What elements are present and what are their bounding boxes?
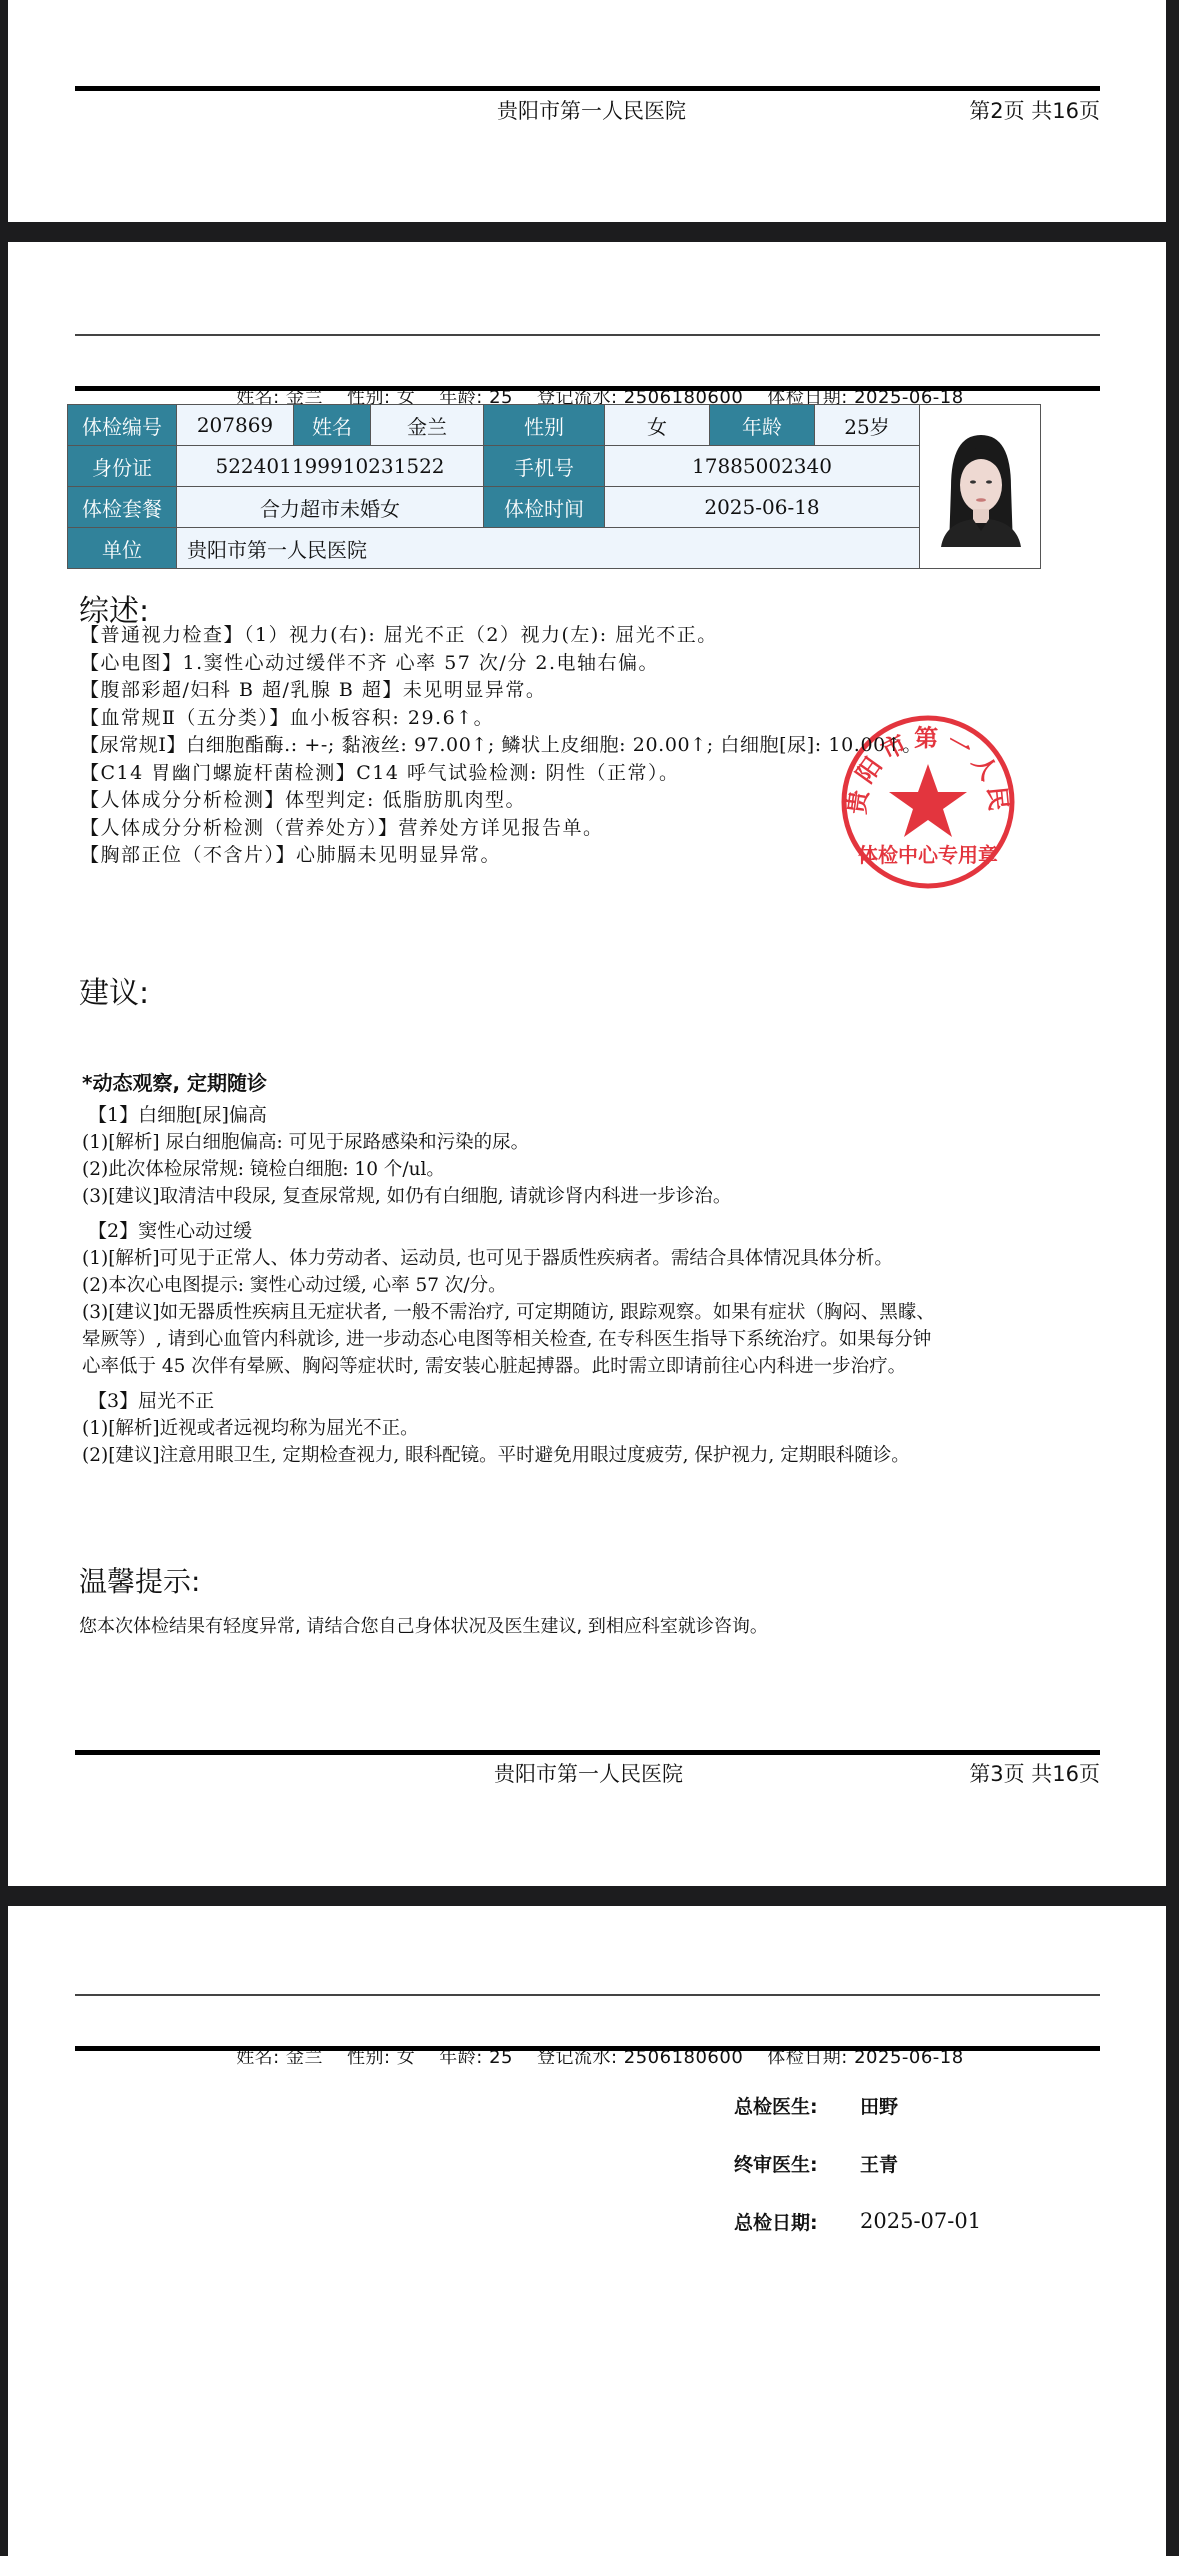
advice-item-line: (2)[建议]注意用眼卫生, 定期检查视力, 眼科配镜。平时避免用眼过度疲劳, … — [82, 1442, 1122, 1469]
footer-rule — [75, 1750, 1100, 1755]
review-doctor-value: 王青 — [860, 2150, 898, 2177]
advice-item-line: (2)此次体检尿常规: 镜检白细胞: 10 个/ul。 — [82, 1156, 1122, 1183]
footer-hospital-name: 贵阳市第一人民医院 — [494, 1758, 683, 1788]
exam-no-value: 207869 — [177, 405, 294, 446]
header-rule-bottom — [75, 386, 1100, 391]
page-2: 贵阳市第一人民医院 第2页 共16页 — [8, 0, 1166, 222]
unit-label: 单位 — [68, 528, 177, 569]
advice-item-title: 【3】屈光不正 — [82, 1388, 1122, 1415]
footer-page-number: 第3页 共16页 — [969, 1758, 1100, 1788]
chief-doctor-row: 总检医生: 田野 — [734, 2076, 981, 2134]
package-label: 体检套餐 — [68, 487, 177, 528]
review-doctor-row: 终审医生: 王青 — [734, 2134, 981, 2192]
exam-no-label: 体检编号 — [68, 405, 177, 446]
unit-value: 贵阳市第一人民医院 — [177, 528, 920, 569]
header-rule-top — [75, 334, 1100, 336]
portrait-icon — [921, 427, 1039, 547]
advice-title: 建议: — [79, 968, 149, 1012]
advice-item-line: (1)[解析] 尿白细胞偏高: 可见于尿路感染和污染的尿。 — [82, 1129, 1122, 1156]
advice-item-title: 【1】白细胞[尿]偏高 — [82, 1102, 1122, 1129]
gender-value: 女 — [605, 405, 710, 446]
header-rule-bottom — [75, 2046, 1100, 2051]
warm-tip-text: 您本次体检结果有轻度异常, 请结合您自己身体状况及医生建议, 到相应科室就诊咨询… — [79, 1612, 768, 1638]
patient-photo — [921, 427, 1039, 547]
advice-emphasis: *动态观察, 定期随诊 — [82, 1067, 1122, 1096]
summary-item: 【人体成分分析检测（营养处方）】营养处方详见报告单。 — [80, 815, 1140, 843]
advice-item-line: 晕厥等）, 请到心血管内科就诊, 进一步动态心电图等相关检查, 在专科医生指导下… — [82, 1326, 1122, 1353]
advice-item-title: 【2】窦性心动过缓 — [82, 1218, 1122, 1245]
gender-label: 性别 — [484, 405, 605, 446]
footer-rule — [75, 86, 1100, 91]
package-value: 合力超市未婚女 — [177, 487, 484, 528]
summary-item: 【心电图】1.窦性心动过缓伴不齐 心率 57 次/分 2.电轴右偏。 — [80, 650, 1140, 678]
exam-time-label: 体检时间 — [484, 487, 605, 528]
name-value: 金兰 — [371, 405, 484, 446]
advice-item-line: (3)[建议]取清洁中段尿, 复查尿常规, 如仍有白细胞, 请就诊肾内科进一步诊… — [82, 1183, 1122, 1210]
summary-item: 【人体成分分析检测】体型判定: 低脂肪肌肉型。 — [80, 787, 1140, 815]
name-label: 姓名 — [294, 405, 371, 446]
summary-list: 【普通视力检查】（1）视力(右): 屈光不正（2）视力(左): 屈光不正。 【心… — [80, 622, 1140, 870]
advice-item-line: (1)[解析]可见于正常人、体力劳动者、运动员, 也可见于器质性疾病者。需结合具… — [82, 1245, 1122, 1272]
signoff-block: 总检医生: 田野 终审医生: 王青 总检日期: 2025-07-01 — [734, 2076, 981, 2250]
footer-hospital-name: 贵阳市第一人民医院 — [497, 95, 686, 125]
footer-page-number: 第2页 共16页 — [969, 95, 1100, 125]
chief-doctor-label: 总检医生: — [734, 2092, 860, 2119]
age-label: 年龄 — [710, 405, 815, 446]
phone-value: 17885002340 — [605, 446, 920, 487]
id-label: 身份证 — [68, 446, 177, 487]
summary-item: 【腹部彩超/妇科 B 超/乳腺 B 超】未见明显异常。 — [80, 677, 1140, 705]
review-date-label: 总检日期: — [734, 2208, 860, 2235]
warm-tip-title: 温馨提示: — [79, 1560, 200, 1600]
header-rule-top — [75, 1994, 1100, 1996]
review-date-row: 总检日期: 2025-07-01 — [734, 2192, 981, 2250]
patient-info-table: 体检编号 207869 姓名 金兰 性别 女 年龄 25岁 — [67, 404, 1041, 569]
summary-item: 【胸部正位（不含片）】心肺膈未见明显异常。 — [80, 842, 1140, 870]
patient-photo-cell — [920, 405, 1041, 569]
advice-item-line: (3)[建议]如无器质性疾病且无症状者, 一般不需治疗, 可定期随访, 跟踪观察… — [82, 1299, 1122, 1326]
page-3: 姓名: 金兰性别: 女年龄: 25登记流水: 2506180600体检日期: 2… — [8, 242, 1166, 1886]
summary-item: 【尿常规Ⅰ】白细胞酯酶.: +-; 黏液丝: 97.00↑; 鳞状上皮细胞: 2… — [80, 732, 1140, 760]
summary-item: 【C14 胃幽门螺旋杆菌检测】C14 呼气试验检测: 阴性（正常）。 — [80, 760, 1140, 788]
advice-item-line: (1)[解析]近视或者远视均称为屈光不正。 — [82, 1415, 1122, 1442]
advice-item-line: 心率低于 45 次伴有晕厥、胸闷等症状时, 需安装心脏起搏器。此时需立即请前往心… — [82, 1353, 1122, 1380]
summary-item: 【血常规Ⅱ（五分类）】血小板容积: 29.6↑。 — [80, 705, 1140, 733]
id-value: 522401199910231522 — [177, 446, 484, 487]
age-value: 25岁 — [815, 405, 920, 446]
exam-time-value: 2025-06-18 — [605, 487, 920, 528]
advice-section: *动态观察, 定期随诊 【1】白细胞[尿]偏高 (1)[解析] 尿白细胞偏高: … — [82, 1067, 1122, 1469]
chief-doctor-value: 田野 — [860, 2092, 898, 2119]
summary-item: 【普通视力检查】（1）视力(右): 屈光不正（2）视力(左): 屈光不正。 — [80, 622, 1140, 650]
review-doctor-label: 终审医生: — [734, 2150, 860, 2177]
review-date-value: 2025-07-01 — [860, 2209, 981, 2233]
page-4: 姓名: 金兰性别: 女年龄: 25登记流水: 2506180600体检日期: 2… — [8, 1906, 1166, 2556]
advice-item-line: (2)本次心电图提示: 窦性心动过缓, 心率 57 次/分。 — [82, 1272, 1122, 1299]
phone-label: 手机号 — [484, 446, 605, 487]
